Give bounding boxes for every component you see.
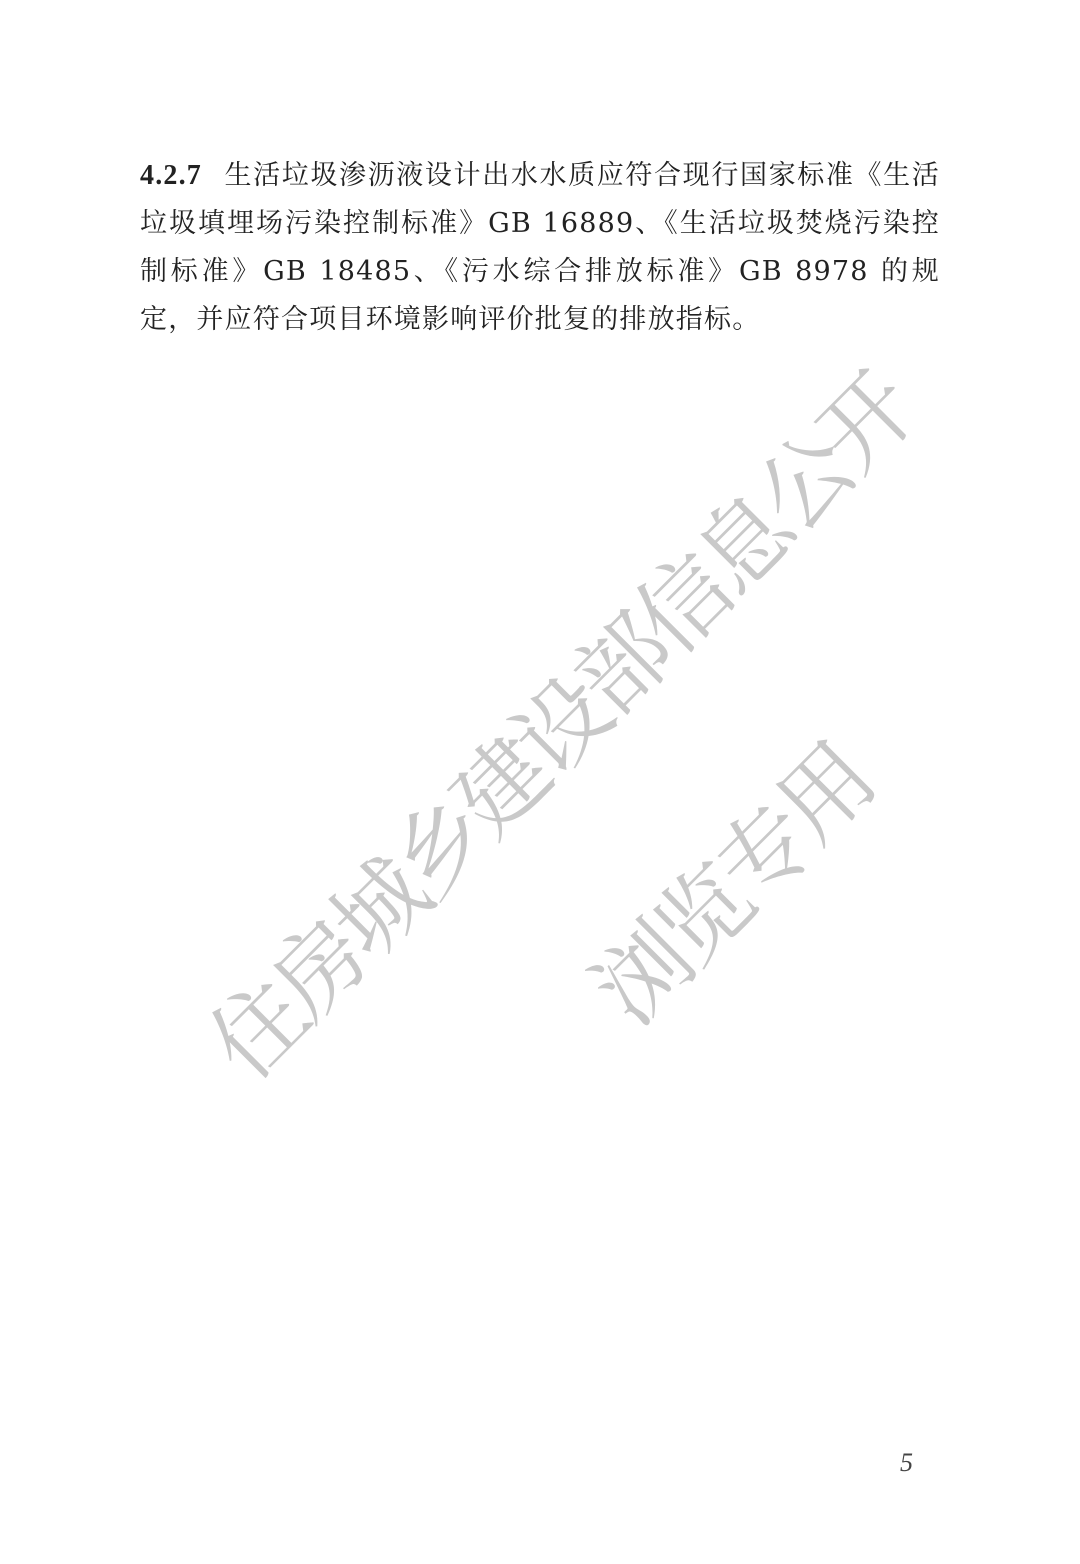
clause-4-2-7: 4.2.7生活垃圾渗沥液设计出水水质应符合现行国家标准《生活垃圾填埋场污染控制标… (140, 152, 940, 344)
watermark-line-1: 住房城乡建设部信息公开 (175, 341, 937, 1103)
clause-number: 4.2.7 (140, 160, 202, 191)
page-number: 5 (900, 1448, 913, 1478)
clause-text: 生活垃圾渗沥液设计出水水质应符合现行国家标准《生活垃圾填埋场污染控制标准》GB … (140, 160, 940, 335)
watermark-line-2: 浏览专用 (560, 712, 897, 1049)
